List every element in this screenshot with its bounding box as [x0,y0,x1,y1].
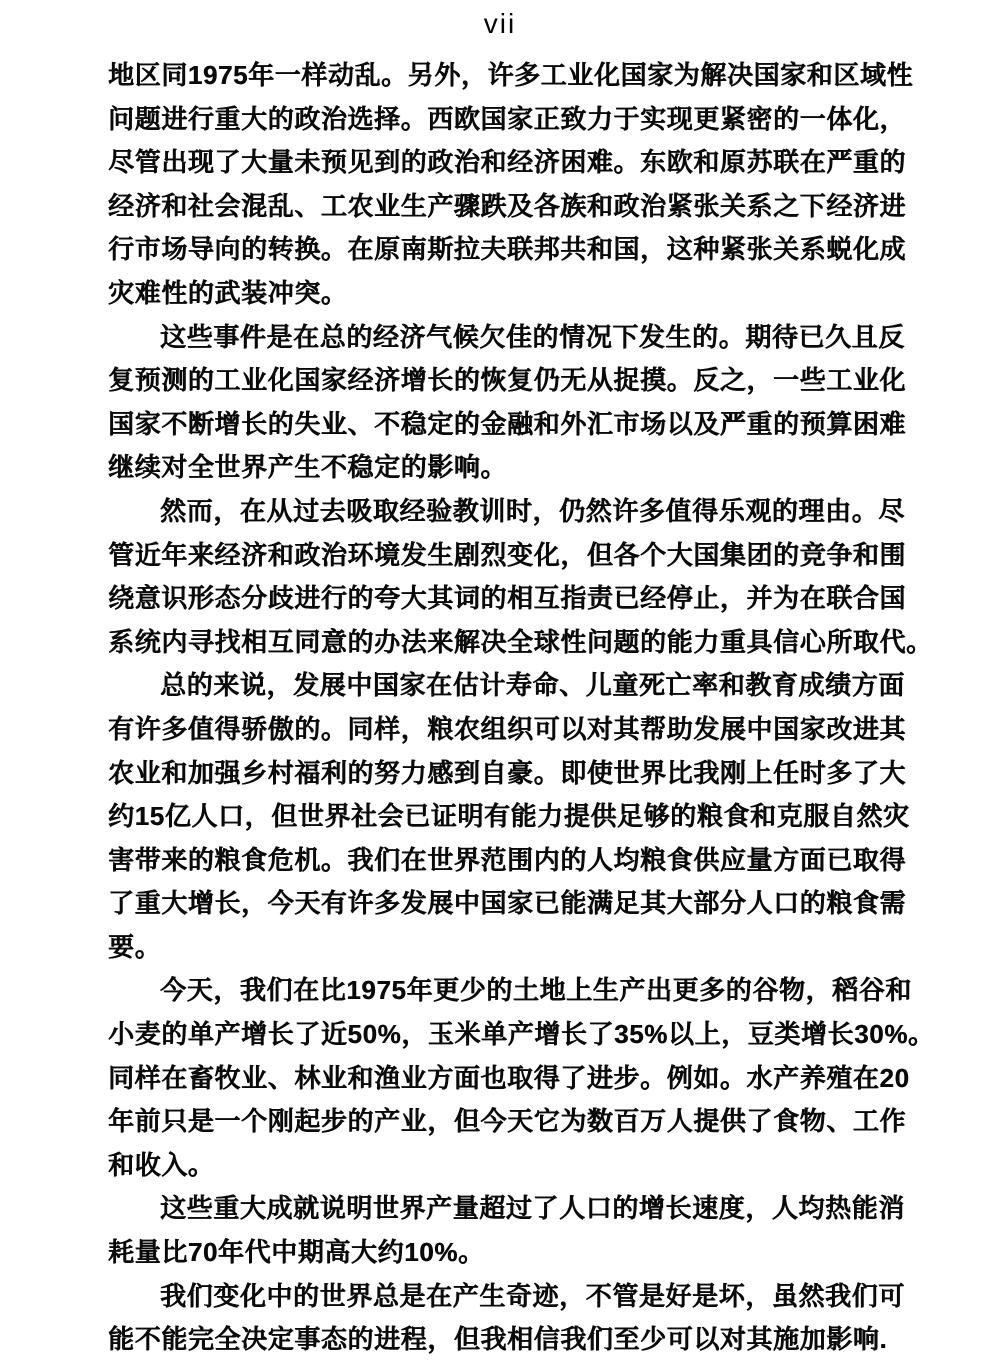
text-line: 同样在畜牧业、林业和渔业方面也取得了进步。例如。水产养殖在20 [108,1057,900,1101]
text-line: 复预测的工业化国家经济增长的恢复仍无从捉摸。反之，一些工业化 [108,359,900,403]
paragraph: 总的来说，发展中国家在估计寿命、儿童死亡率和教育成绩方面有许多值得骄傲的。同样，… [108,664,900,969]
text-line: 农业和加强乡村福利的努力感到自豪。即使世界比我刚上任时多了大 [108,752,900,796]
text-line: 这些事件是在总的经济气候欠佳的情况下发生的。期待已久且反 [108,316,900,360]
paragraph: 这些事件是在总的经济气候欠佳的情况下发生的。期待已久且反复预测的工业化国家经济增… [108,316,900,490]
text-line: 灾难性的武装冲突。 [108,272,900,316]
text-line: 尽管出现了大量未预见到的政治和经济困难。东欧和原苏联在严重的 [108,141,900,185]
text-line: 绕意识形态分歧进行的夸大其词的相互指责已经停止，并为在联合国 [108,577,900,621]
text-line: 这些重大成就说明世界产量超过了人口的增长速度，人均热能消 [108,1187,900,1231]
text-line: 要。 [108,926,900,970]
paragraph: 今天，我们在比1975年更少的土地上生产出更多的谷物，稻谷和小麦的单产增长了近5… [108,969,900,1187]
text-line: 问题进行重大的政治选择。西欧国家正致力于实现更紧密的一体化， [108,98,900,142]
text-line: 管近年来经济和政治环境发生剧烈变化，但各个大国集团的竞争和围 [108,534,900,578]
text-line: 国家不断增长的失业、不稳定的金融和外汇市场以及严重的预算困难 [108,403,900,447]
text-line: 约15亿人口，但世界社会已证明有能力提供足够的粮食和克服自然灾 [108,795,900,839]
text-line: 地区同1975年一样动乱。另外，许多工业化国家为解决国家和区域性 [108,54,900,98]
paragraph: 我们变化中的世界总是在产生奇迹，不管是好是坏，虽然我们可能不能完全决定事态的进程… [108,1275,900,1362]
text-line: 经济和社会混乱、工农业生产骤跌及各族和政治紧张关系之下经济进 [108,185,900,229]
text-line: 小麦的单产增长了近50%，玉米单产增长了35%以上，豆类增长30%。 [108,1013,900,1057]
paragraph: 然而，在从过去吸取经验教训时，仍然许多值得乐观的理由。尽管近年来经济和政治环境发… [108,490,900,664]
text-line: 耗量比70年代中期高大约10%。 [108,1231,900,1275]
text-line: 年前只是一个刚起步的产业，但今天它为数百万人提供了食物、工作 [108,1100,900,1144]
text-line: 我们变化中的世界总是在产生奇迹，不管是好是坏，虽然我们可 [108,1275,900,1319]
text-line: 然而，在从过去吸取经验教训时，仍然许多值得乐观的理由。尽 [108,490,900,534]
text-line: 今天，我们在比1975年更少的土地上生产出更多的谷物，稻谷和 [108,969,900,1013]
text-line: 总的来说，发展中国家在估计寿命、儿童死亡率和教育成绩方面 [108,664,900,708]
text-line: 系统内寻找相互同意的办法来解决全球性问题的能力重具信心所取代。 [108,621,900,665]
text-line: 和收入。 [108,1144,900,1188]
text-line: 有许多值得骄傲的。同样，粮农组织可以对其帮助发展中国家改进其 [108,708,900,752]
text-line: 继续对全世界产生不稳定的影响。 [108,446,900,490]
text-line: 害带来的粮食危机。我们在世界范围内的人均粮食供应量方面已取得 [108,839,900,883]
text-line: 能不能完全决定事态的进程，但我相信我们至少可以对其施加影响. [108,1318,900,1362]
paragraph: 地区同1975年一样动乱。另外，许多工业化国家为解决国家和区域性问题进行重大的政… [108,54,900,316]
paragraph: 这些重大成就说明世界产量超过了人口的增长速度，人均热能消耗量比70年代中期高大约… [108,1187,900,1274]
document-body: 地区同1975年一样动乱。另外，许多工业化国家为解决国家和区域性问题进行重大的政… [0,54,1000,1362]
page-number: vii [0,0,1000,40]
document-page: vii 地区同1975年一样动乱。另外，许多工业化国家为解决国家和区域性问题进行… [0,0,1000,1362]
text-line: 行市场导向的转换。在原南斯拉夫联邦共和国，这种紧张关系蜕化成 [108,228,900,272]
text-line: 了重大增长，今天有许多发展中国家已能满足其大部分人口的粮食需 [108,882,900,926]
